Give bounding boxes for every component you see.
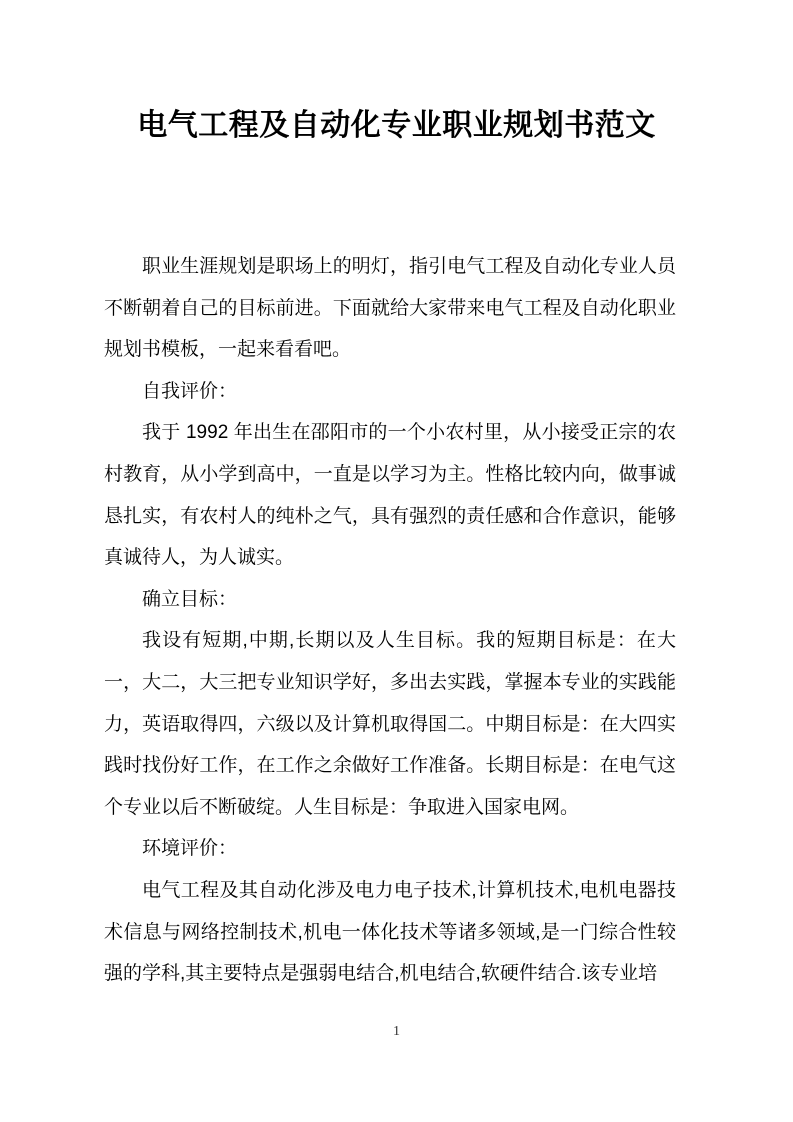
paragraph-self-evaluation: 我于 1992 年出生在邵阳市的一个小农村里，从小接受正宗的农村教育，从小学到高… (104, 412, 676, 578)
paragraph-heading-self-evaluation: 自我评价： (104, 371, 676, 413)
paragraph-environment-evaluation: 电气工程及其自动化涉及电力电子技术,计算机技术,电机电器技术信息与网络控制技术,… (104, 870, 676, 995)
paragraph-heading-environment-evaluation: 环境评价： (104, 828, 676, 870)
paragraph-intro: 职业生涯规划是职场上的明灯，指引电气工程及自动化专业人员不断朝着自己的目标前进。… (104, 246, 676, 371)
document-body: 职业生涯规划是职场上的明灯，指引电气工程及自动化专业人员不断朝着自己的目标前进。… (0, 246, 793, 995)
paragraph-heading-set-goals: 确立目标： (104, 579, 676, 621)
paragraph-goals: 我设有短期,中期,长期以及人生目标。我的短期目标是：在大一，大二，大三把专业知识… (104, 620, 676, 828)
document-title: 电气工程及自动化专业职业规划书范文 (0, 0, 793, 146)
page-footer: 1 (0, 1022, 793, 1040)
page-number: 1 (393, 1024, 400, 1039)
document-page: 电气工程及自动化专业职业规划书范文 职业生涯规划是职场上的明灯，指引电气工程及自… (0, 0, 793, 1122)
